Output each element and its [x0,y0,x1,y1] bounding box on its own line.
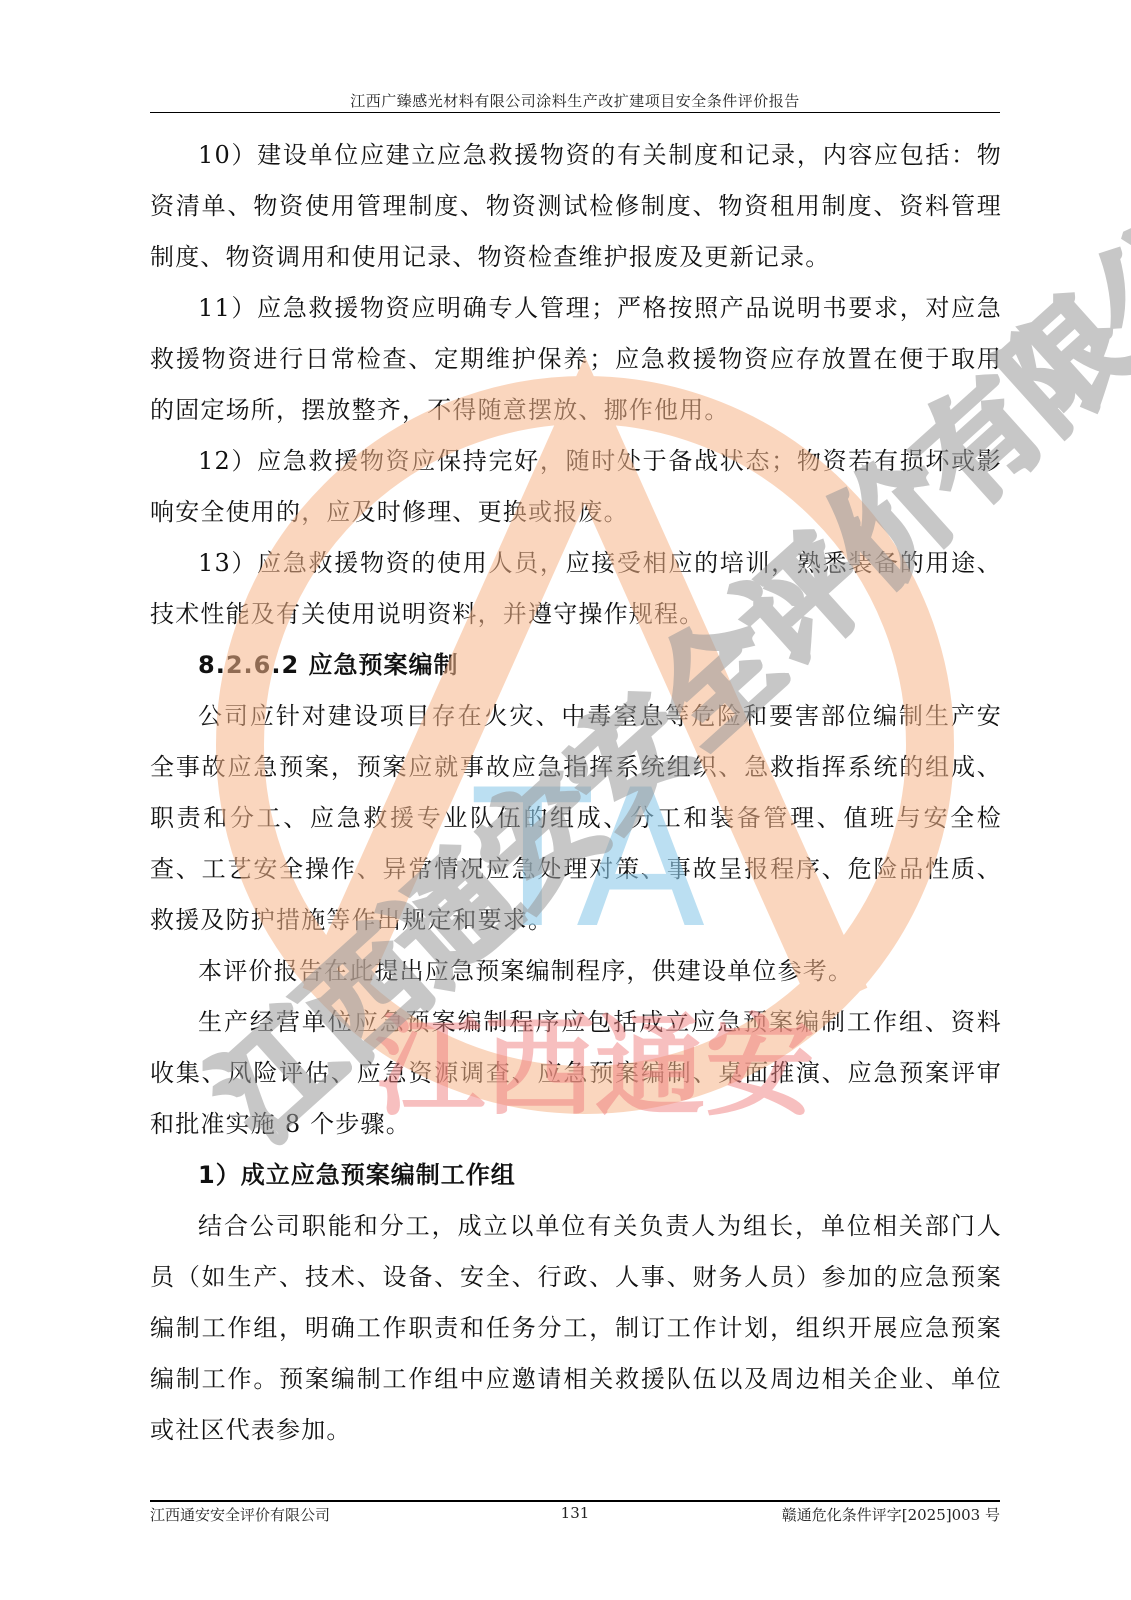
paragraph-emergency-plan-requirements: 公司应针对建设项目存在火灾、中毒窒息等危险和要害部位编制生产安全事故应急预案，预… [150,691,1002,946]
page-body: 10）建设单位应建立应急救援物资的有关制度和记录，内容应包括：物资清单、物资使用… [150,130,1002,1456]
section-heading-8-2-6-2: 8.2.6.2 应急预案编制 [150,640,1002,691]
running-header-title: 江西广臻感光材料有限公司涂料生产改扩建项目安全条件评价报告 [150,90,1000,111]
page-footer: 江西通安安全评价有限公司 131 赣通危化条件评字[2025]003 号 [150,1504,1000,1526]
paragraph-item-12: 12）应急救援物资应保持完好，随时处于备战状态；物资若有损坏或影响安全使用的，应… [150,436,1002,538]
paragraph-item-10: 10）建设单位应建立应急救援物资的有关制度和记录，内容应包括：物资清单、物资使用… [150,130,1002,283]
footer-rule [150,1500,1000,1502]
header-rule [150,112,1000,113]
paragraph-item-13: 13）应急救援物资的使用人员，应接受相应的培训，熟悉装备的用途、技术性能及有关使… [150,538,1002,640]
subheading-step-1: 1）成立应急预案编制工作组 [150,1150,1002,1201]
report-number: 赣通危化条件评字[2025]003 号 [782,1504,1000,1525]
paragraph-reference-note: 本评价报告在此提出应急预案编制程序，供建设单位参考。 [150,946,1002,997]
paragraph-working-group: 结合公司职能和分工，成立以单位有关负责人为组长，单位相关部门人员（如生产、技术、… [150,1201,1002,1456]
document-page: 江西广臻感光材料有限公司涂料生产改扩建项目安全条件评价报告 10）建设单位应建立… [0,0,1131,1600]
paragraph-item-11: 11）应急救援物资应明确专人管理；严格按照产品说明书要求，对应急救援物资进行日常… [150,283,1002,436]
paragraph-eight-steps: 生产经营单位应急预案编制程序应包括成立应急预案编制工作组、资料收集、风险评估、应… [150,997,1002,1150]
